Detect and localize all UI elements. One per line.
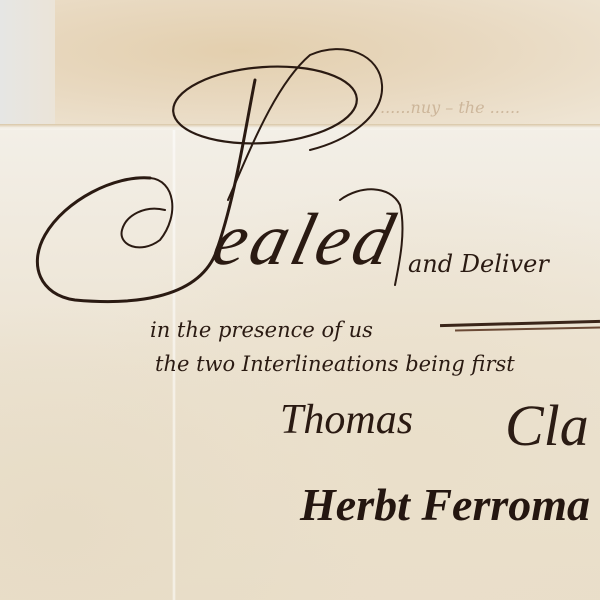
heading-sealed: ealed <box>204 198 405 283</box>
signature-herbert-ferroman: Herbt Ferroma <box>300 478 590 531</box>
text-line-interlineations: the two Interlineations being first <box>155 352 515 376</box>
heading-and-delivered: and Deliver <box>408 250 549 278</box>
signature-thomas: Thomas <box>280 396 413 444</box>
heading-sealed-text: ealed <box>205 199 406 281</box>
signature-clay-partial: Cla <box>505 392 589 459</box>
text-line-presence: in the presence of us <box>150 318 373 342</box>
